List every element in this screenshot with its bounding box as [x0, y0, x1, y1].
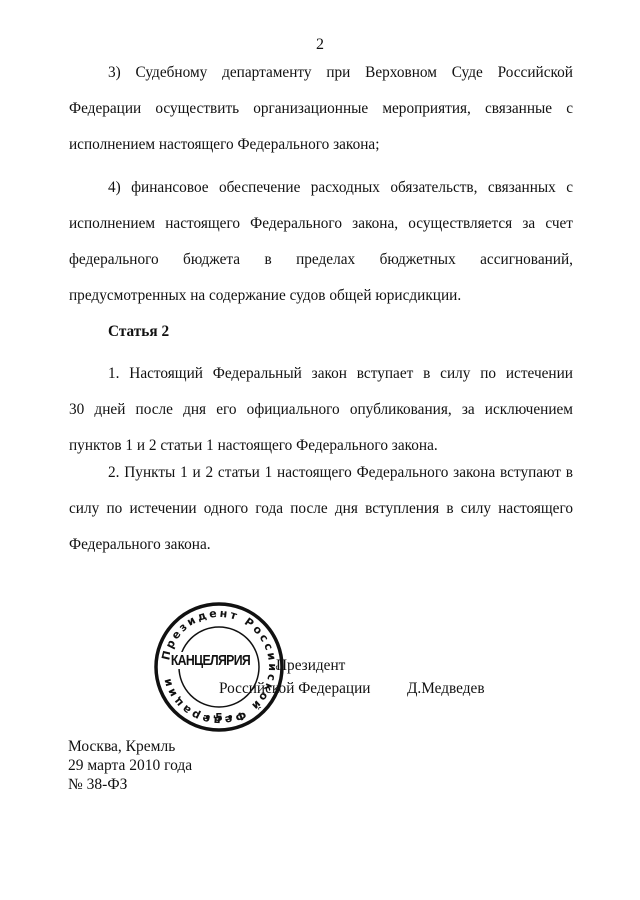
page-number: 2 [0, 36, 640, 54]
item4-line-4: предусмотренных на содержание судов обще… [69, 287, 573, 305]
article2-para1-line-3: пунктов 1 и 2 статьи 1 настоящего Федера… [69, 437, 573, 455]
item4-line-2: исполнением настоящего Федерального зако… [69, 215, 573, 233]
stamp-center-text: КАНЦЕЛЯРИЯ [170, 652, 251, 669]
article2-para2-line-3: Федерального закона. [69, 536, 573, 554]
signing-date: 29 марта 2010 года [68, 756, 192, 775]
svg-text:• 5 •: • 5 • [204, 711, 233, 724]
signing-place: Москва, Кремль [68, 737, 175, 756]
item3-line-2: Федерации осуществить организационные ме… [69, 100, 573, 118]
article-2-heading: Статья 2 [108, 323, 169, 341]
item4-line-1: 4) финансовое обеспечение расходных обяз… [108, 179, 573, 197]
document-page: 2 3) Судебному департаменту при Верховно… [0, 0, 640, 900]
signature-title-line-1: Президент [276, 657, 345, 675]
article2-para2-line-2: силу по истечении одного года после дня … [69, 500, 573, 518]
law-number: № 38-ФЗ [68, 775, 127, 794]
item3-line-1: 3) Судебному департаменту при Верховном … [108, 64, 573, 82]
article2-para1-line-2: 30 дней после дня его официального опубл… [69, 401, 573, 419]
item3-line-3: исполнением настоящего Федерального зако… [69, 136, 573, 154]
item4-line-3: федерального бюджета в пределах бюджетны… [69, 251, 573, 269]
article2-para2-line-1: 2. Пункты 1 и 2 статьи 1 настоящего Феде… [108, 464, 573, 482]
signature-name: Д.Медведев [407, 680, 485, 698]
article2-para1-line-1: 1. Настоящий Федеральный закон вступает … [108, 365, 573, 383]
